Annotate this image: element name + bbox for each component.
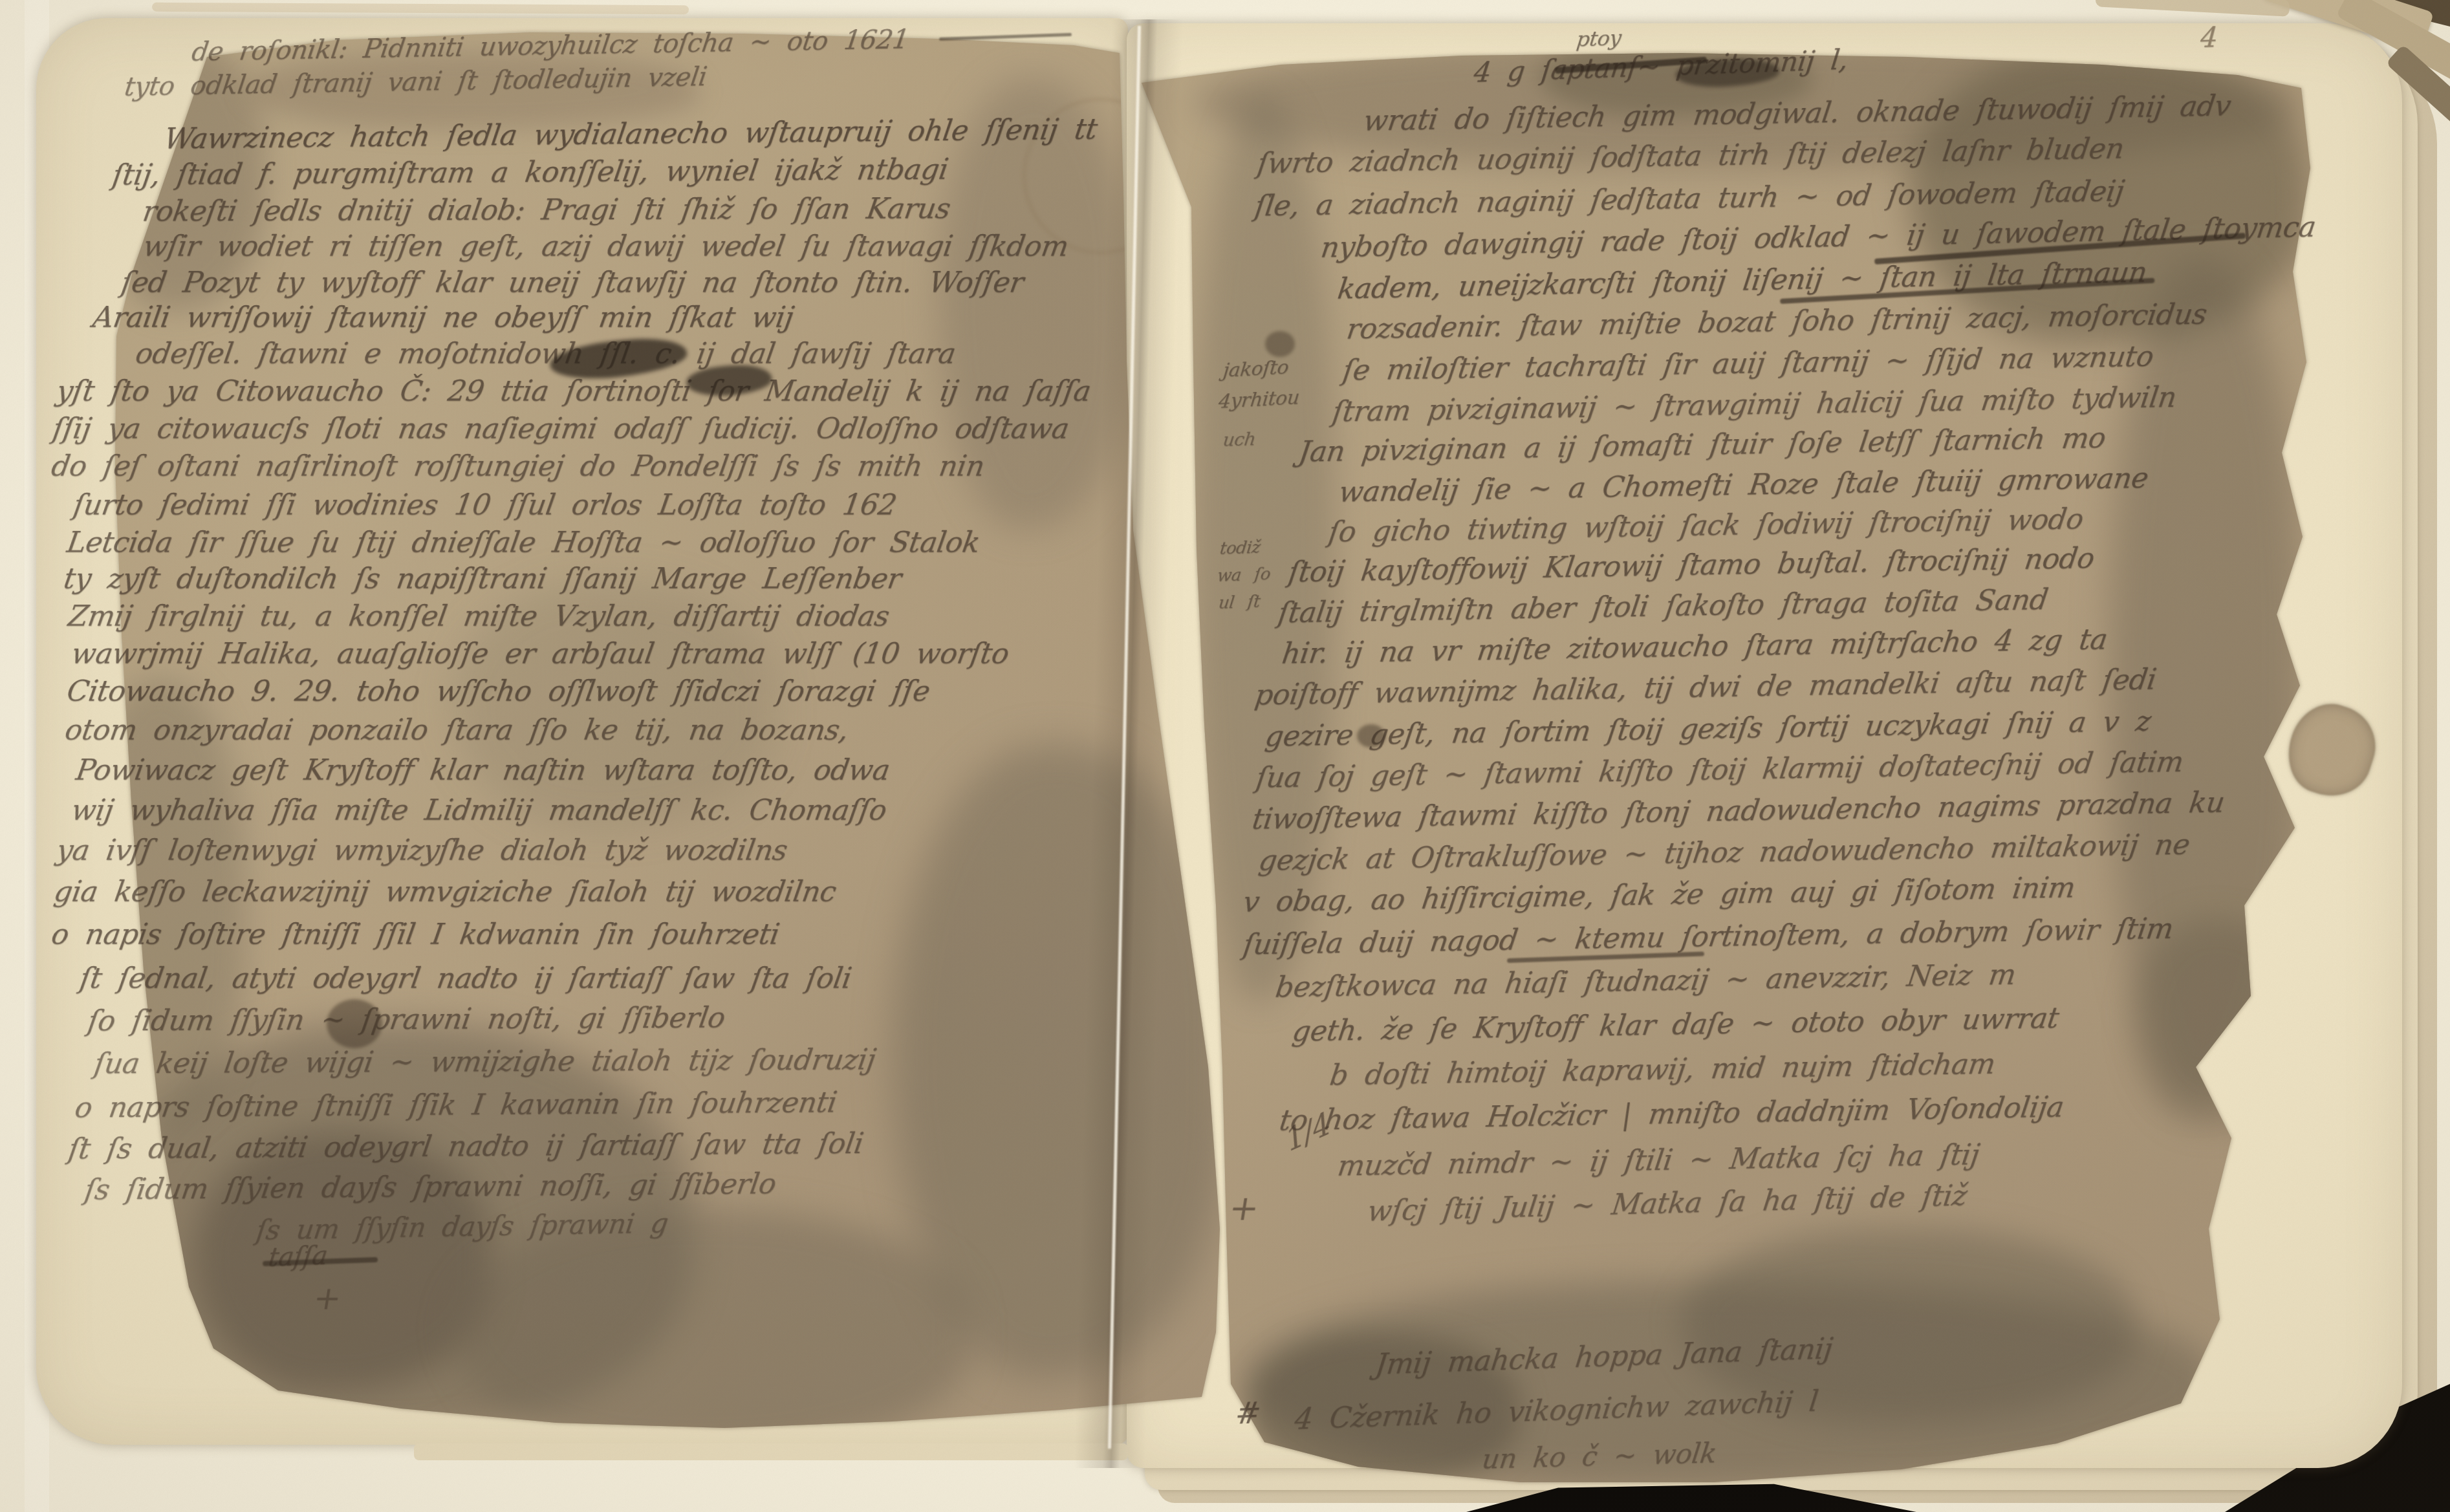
ink-dot (1357, 724, 1385, 748)
strikethrough-mark (1507, 951, 1704, 963)
strikethrough-mark (1555, 57, 1707, 74)
page-number: 4 (2200, 21, 2219, 54)
right-page-ink-marks (0, 0, 2450, 1512)
strikethrough-mark (1780, 278, 2155, 304)
manuscript-scan: de roſonikl: Pidnniti uwozyhuilcz toſcha… (0, 0, 2450, 1512)
ink-blot (1675, 57, 1780, 89)
strikethrough-mark (1874, 233, 2246, 265)
ink-dot (1265, 331, 1295, 357)
